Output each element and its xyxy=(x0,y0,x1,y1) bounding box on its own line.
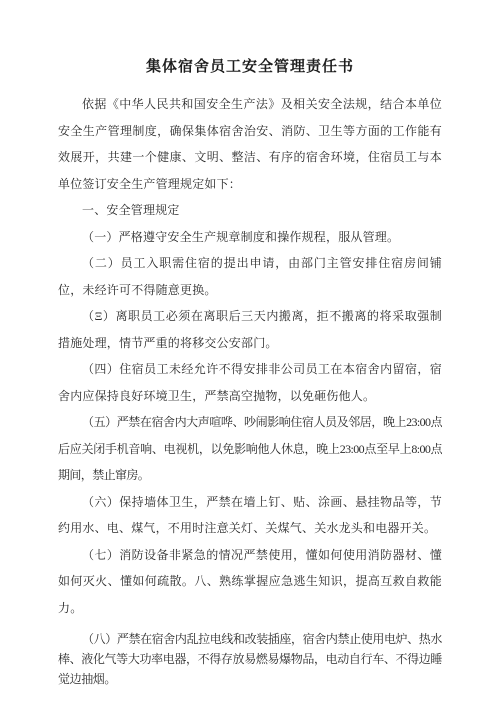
paragraph-intro: 依据《中华人民共和国安全生产法》及相关安全法规，结合本单位安全生产管理制度，确保… xyxy=(58,91,442,197)
document-page: 集体宿舍员工安全管理责任书 依据《中华人民共和国安全生产法》及相关安全法规，结合… xyxy=(0,0,500,707)
clause-8-paragraph: （八）严禁在宿舍内乱拉电线和改装插座，宿舍内禁止使用电炉、热水棒、液化气等大功率… xyxy=(58,629,442,689)
document-title: 集体宿舍员工安全管理责任书 xyxy=(58,54,442,80)
clause-7-paragraph: （七）消防设备非紧急的情况严禁使用，懂如何使用消防器材、懂如何灭火、懂如何疏散。… xyxy=(58,542,442,622)
clause-1-paragraph: （一）严格遵守安全生产规章制度和操作规程，服从管理。 xyxy=(58,224,442,251)
clause-2-paragraph: （二）员工入职需住宿的提出申请，由部门主管安排住宿房间铺位，未经许可不得随意更换… xyxy=(58,250,442,303)
section-heading-safety-rules: 一、安全管理规定 xyxy=(58,197,442,224)
clause-4-paragraph: （四）住宿员工未经允许不得安排非公司员工在本宿舍内留宿，宿舍内应保持良好环境卫生… xyxy=(58,356,442,409)
clause-6-paragraph: （六）保持墙体卫生，严禁在墙上钉、贴、涂画、悬挂物品等，节约用水、电、煤气，不用… xyxy=(58,489,442,542)
clause-5-paragraph: （五）严禁在宿舍内大声喧哗、吵闹影响住宿人员及邻居，晚上23:00点后应关闭手机… xyxy=(58,409,442,489)
clause-3-paragraph: （Ξ）离职员工必须在离职后三天内搬离，拒不搬离的将采取强制措施处理，情节严重的将… xyxy=(58,303,442,356)
